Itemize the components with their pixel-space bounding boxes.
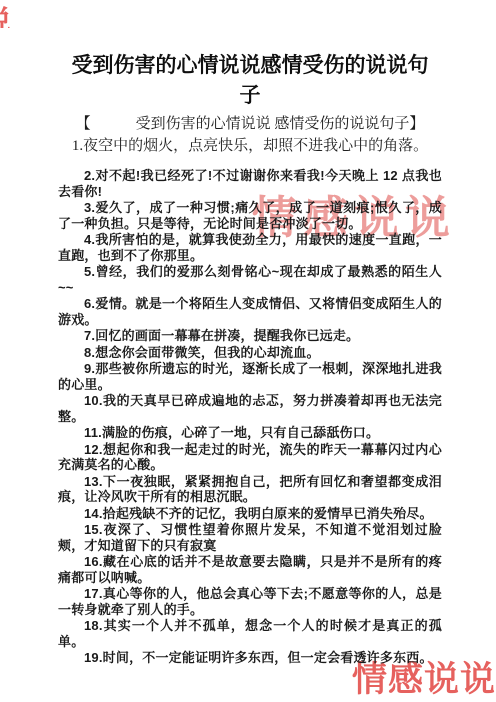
quote-paragraph: 3.爱久了，成了一种习惯;痛久了，成了一道刻痕;恨久了，成了一种负担。只是等待，…	[58, 200, 442, 231]
quote-paragraph: 13.下一夜独眠，紧紧拥抱自己，把所有回忆和奢望都变成泪痕，让冷风吹干所有的相思…	[58, 474, 442, 505]
quote-paragraph: 6.爱情。就是一个将陌生人变成情侣、又将情侣变成陌生人的游戏。	[58, 296, 442, 327]
quote-paragraph: 18.其实一个人并不孤单，想念一个人的时候才是真正的孤单。	[58, 618, 442, 649]
document-body: 受到伤害的心情说说感情受伤的说说句子 【 受到伤害的心情说说 感情受伤的说说句子…	[58, 50, 442, 667]
quote-list: 2.对不起!我已经死了!不过谢谢你来看我!今天晚上 12 点我也去看你!3.爱久…	[58, 168, 442, 666]
quote-paragraph: 2.对不起!我已经死了!不过谢谢你来看我!今天晚上 12 点我也去看你!	[58, 168, 442, 199]
page-title: 受到伤害的心情说说感情受伤的说说句子	[58, 50, 442, 110]
page-title-line1: 受到伤害的心情说说感情受伤的说说句	[72, 53, 429, 77]
quote-paragraph: 7.回忆的画面一幕幕在拼凑，提醒我你已远走。	[58, 328, 442, 344]
quote-paragraph: 10.我的天真早已碎成遍地的忐忑，努力拼凑着却再也无法完整。	[58, 393, 442, 424]
quote-paragraph: 11.满脸的伤痕，心碎了一地，只有自己舔舐伤口。	[58, 425, 442, 441]
document-page: 情感说说 情感说说 说 受到伤害的心情说说感情受伤的说说句子 【 受到伤害的心情…	[0, 0, 496, 702]
watermark-corner-fragment: 说	[0, 2, 13, 28]
quote-paragraph: 14.拾起残缺不齐的记忆，我明白原来的爱情早已消失殆尽。	[58, 506, 442, 522]
quote-paragraph: 16.藏在心底的话并不是故意要去隐瞒，只是并不是所有的疼痛都可以呐喊。	[58, 554, 442, 585]
quote-paragraph: 17.真心等你的人，他总会真心等下去;不愿意等你的人，总是一转身就牵了别人的手。	[58, 586, 442, 617]
page-title-line2: 子	[240, 83, 261, 107]
quote-paragraph: 8.想念你会面带微笑，但我的心却流血。	[58, 345, 442, 361]
intro-line: 1.夜空中的烟火，点亮快乐，却照不进我心中的角落。	[58, 137, 442, 156]
quote-paragraph: 12.想起你和我一起走过的时光，流失的昨天一幕幕闪过内心充满莫名的心酸。	[58, 442, 442, 473]
quote-paragraph: 9.那些被你所遗忘的时光，逐渐长成了一根刺，深深地扎进我的心里。	[58, 361, 442, 392]
quote-paragraph: 15.夜深了、习惯性望着你照片发呆，不知道不觉泪划过脸颊，才知道留下的只有寂寞	[58, 522, 442, 553]
watermark-fragment-glyph: 说	[0, 2, 11, 28]
quote-paragraph: 4.我所害怕的是，就算我使劲全力，用最快的速度一直跑，一直跑，也到不了你那里。	[58, 232, 442, 263]
quote-paragraph: 5.曾经，我们的爱那么刻骨铭心~现在却成了最熟悉的陌生人~~	[58, 264, 442, 295]
quote-paragraph: 19.时间，不一定能证明许多东西，但一定会看透许多东西。	[58, 650, 442, 666]
bracket-subtitle: 【 受到伤害的心情说说 感情受伤的说说句子】	[58, 114, 442, 134]
